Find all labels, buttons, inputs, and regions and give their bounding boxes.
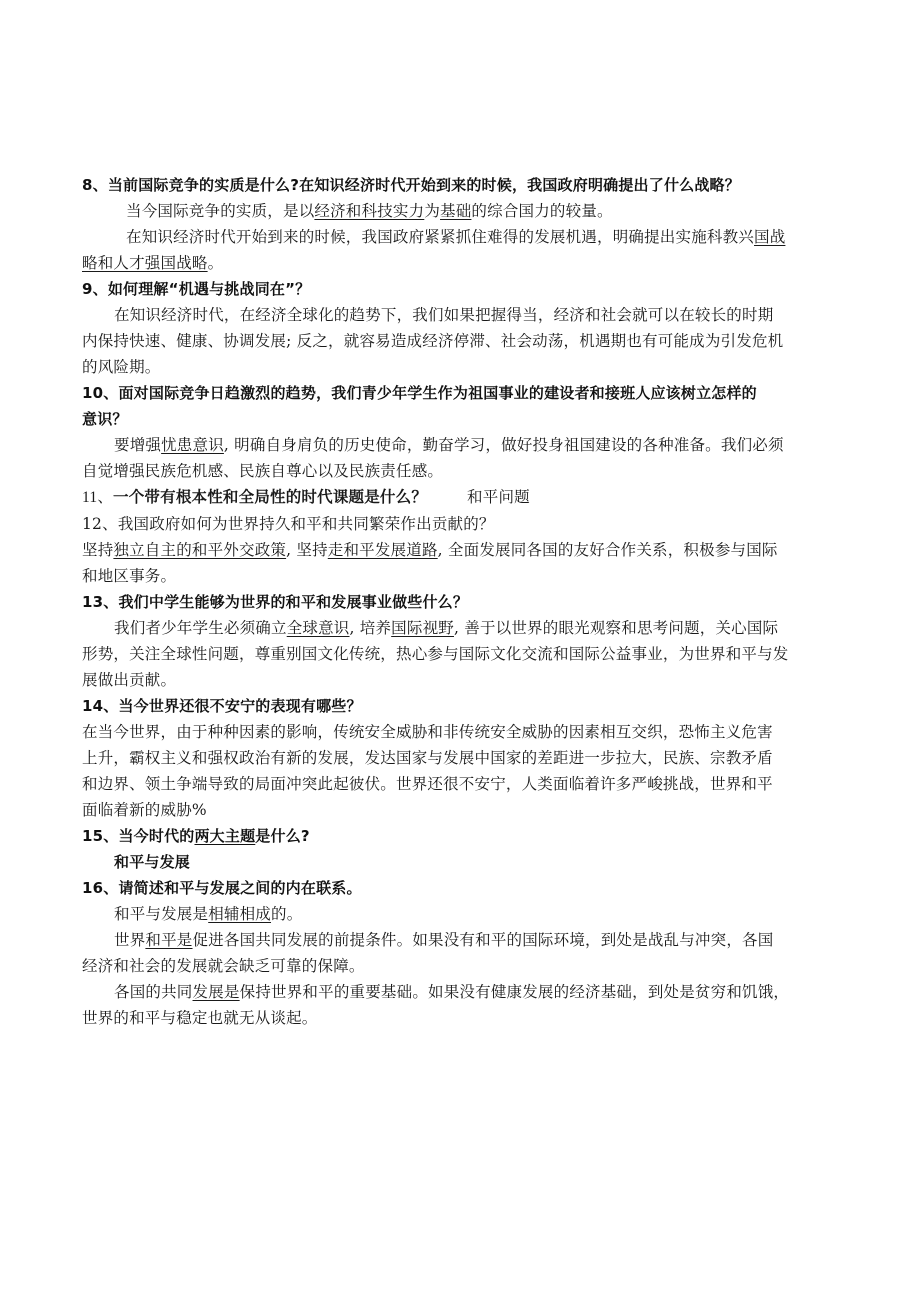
answer-8-line-2: 在知识经济时代开始到来的时候，我国政府紧紧抓住难得的发展机遇，明确提出实施科教兴… <box>82 224 840 250</box>
answer-13-line-2: 形势，关注全球性问题，尊重别国文化传统，热心参与国际文化交流和国际公益事业，为世… <box>82 641 840 667</box>
underlined-term: 相辅相成 <box>208 905 271 923</box>
underlined-term: 全球意识 <box>287 619 350 637</box>
underlined-term: 经济和科技实力 <box>314 202 424 220</box>
answer-14-line-3: 和边界、领土争端导致的局面冲突此起彼伏。世界还很不安宁，人类面临着许多严峻挑战，… <box>82 771 840 797</box>
answer-16-line-2: 世界和平是促进各国共同发展的前提条件。如果没有和平的国际环境，到处是战乱与冲突，… <box>82 927 840 953</box>
answer-13-line-3: 展做出贡献。 <box>82 667 840 693</box>
underlined-term: 走和平发展道路 <box>328 541 438 559</box>
answer-16-line-5: 世界的和平与稳定也就无从谈起。 <box>82 1005 840 1031</box>
question-13: 13、我们中学生能够为世界的和平和发展事业做些什么？ <box>82 589 840 615</box>
answer-16-line-1: 和平与发展是相辅相成的。 <box>82 901 840 927</box>
answer-9-line-1: 在知识经济时代，在经济全球化的趋势下，我们如果把握得当，经济和社会就可以在较长的… <box>82 302 840 328</box>
underlined-term: 基础 <box>440 202 471 220</box>
question-8: 8、当前国际竞争的实质是什么?在知识经济时代开始到来的时候，我国政府明确提出了什… <box>82 172 840 198</box>
answer-14-line-2: 上升，霸权主义和强权政治有新的发展，发达国家与发展中国家的差距进一步拉大，民族、… <box>82 745 840 771</box>
underlined-term: 独立自主的和平外交政策 <box>113 541 286 559</box>
answer-14-line-4: 面临着新的威胁% <box>82 797 840 823</box>
question-12: 12、我国政府如何为世界持久和平和共同繁荣作出贡献的？ <box>82 511 840 537</box>
underlined-term: 和平是 <box>145 931 192 949</box>
answer-16-line-3: 经济和社会的发展就会缺乏可靠的保障。 <box>82 953 840 979</box>
question-9: 9、如何理解“机遇与挑战同在”？ <box>82 276 840 302</box>
answer-15: 和平与发展 <box>82 849 840 875</box>
question-10-line-2: 意识？ <box>82 406 840 432</box>
answer-14-line-1: 在当今世界，由于种种因素的影响，传统安全威胁和非传统安全威胁的因素相互交织，恐怖… <box>82 719 840 745</box>
question-16: 16、请简述和平与发展之间的内在联系。 <box>82 875 840 901</box>
question-10-line-1: 10、面对国际竞争日趋激烈的趋势，我们青少年学生作为祖国事业的建设者和接班人应该… <box>82 380 840 406</box>
answer-12-line-1: 坚持独立自主的和平外交政策, 坚持走和平发展道路, 全面发展同各国的友好合作关系… <box>82 537 840 563</box>
answer-9-line-3: 的风险期。 <box>82 354 840 380</box>
underlined-term: 国战 <box>754 228 785 246</box>
underlined-term: 略和人才强国战略 <box>82 254 208 272</box>
answer-9-line-2: 内保持快速、健康、协调发展; 反之，就容易造成经济停滞、社会动荡，机遇期也有可能… <box>82 328 840 354</box>
underlined-term: 发展是 <box>193 983 240 1001</box>
underlined-term: 忧患意识 <box>161 436 224 454</box>
answer-13-line-1: 我们者少年学生必须确立全球意识, 培养国际视野, 善于以世界的眼光观察和思考问题… <box>82 615 840 641</box>
answer-11: 和平问题 <box>467 489 530 506</box>
answer-8-line-3: 略和人才强国战略。 <box>82 250 840 276</box>
answer-8-line-1: 当今国际竞争的实质，是以经济和科技实力为基础的综合国力的较量。 <box>82 198 840 224</box>
document-page: 8、当前国际竞争的实质是什么?在知识经济时代开始到来的时候，我国政府明确提出了什… <box>82 172 840 1031</box>
question-11: 11、一个带有根本性和全局性的时代课题是什么？和平问题 <box>82 484 840 511</box>
underlined-term: 两大主题 <box>194 827 255 845</box>
answer-10-line-2: 自觉增强民族危机感、民族自尊心以及民族责任感。 <box>82 458 840 484</box>
question-15: 15、当今时代的两大主题是什么? <box>82 823 840 849</box>
answer-16-line-4: 各国的共同发展是保持世界和平的重要基础。如果没有健康发展的经济基础，到处是贫穷和… <box>82 979 840 1005</box>
answer-12-line-2: 和地区事务。 <box>82 563 840 589</box>
question-14: 14、当今世界还很不安宁的表现有哪些？ <box>82 693 840 719</box>
answer-10-line-1: 要增强忧患意识, 明确自身肩负的历史使命，勤奋学习，做好投身祖国建设的各种准备。… <box>82 432 840 458</box>
underlined-term: 国际视野 <box>391 619 454 637</box>
